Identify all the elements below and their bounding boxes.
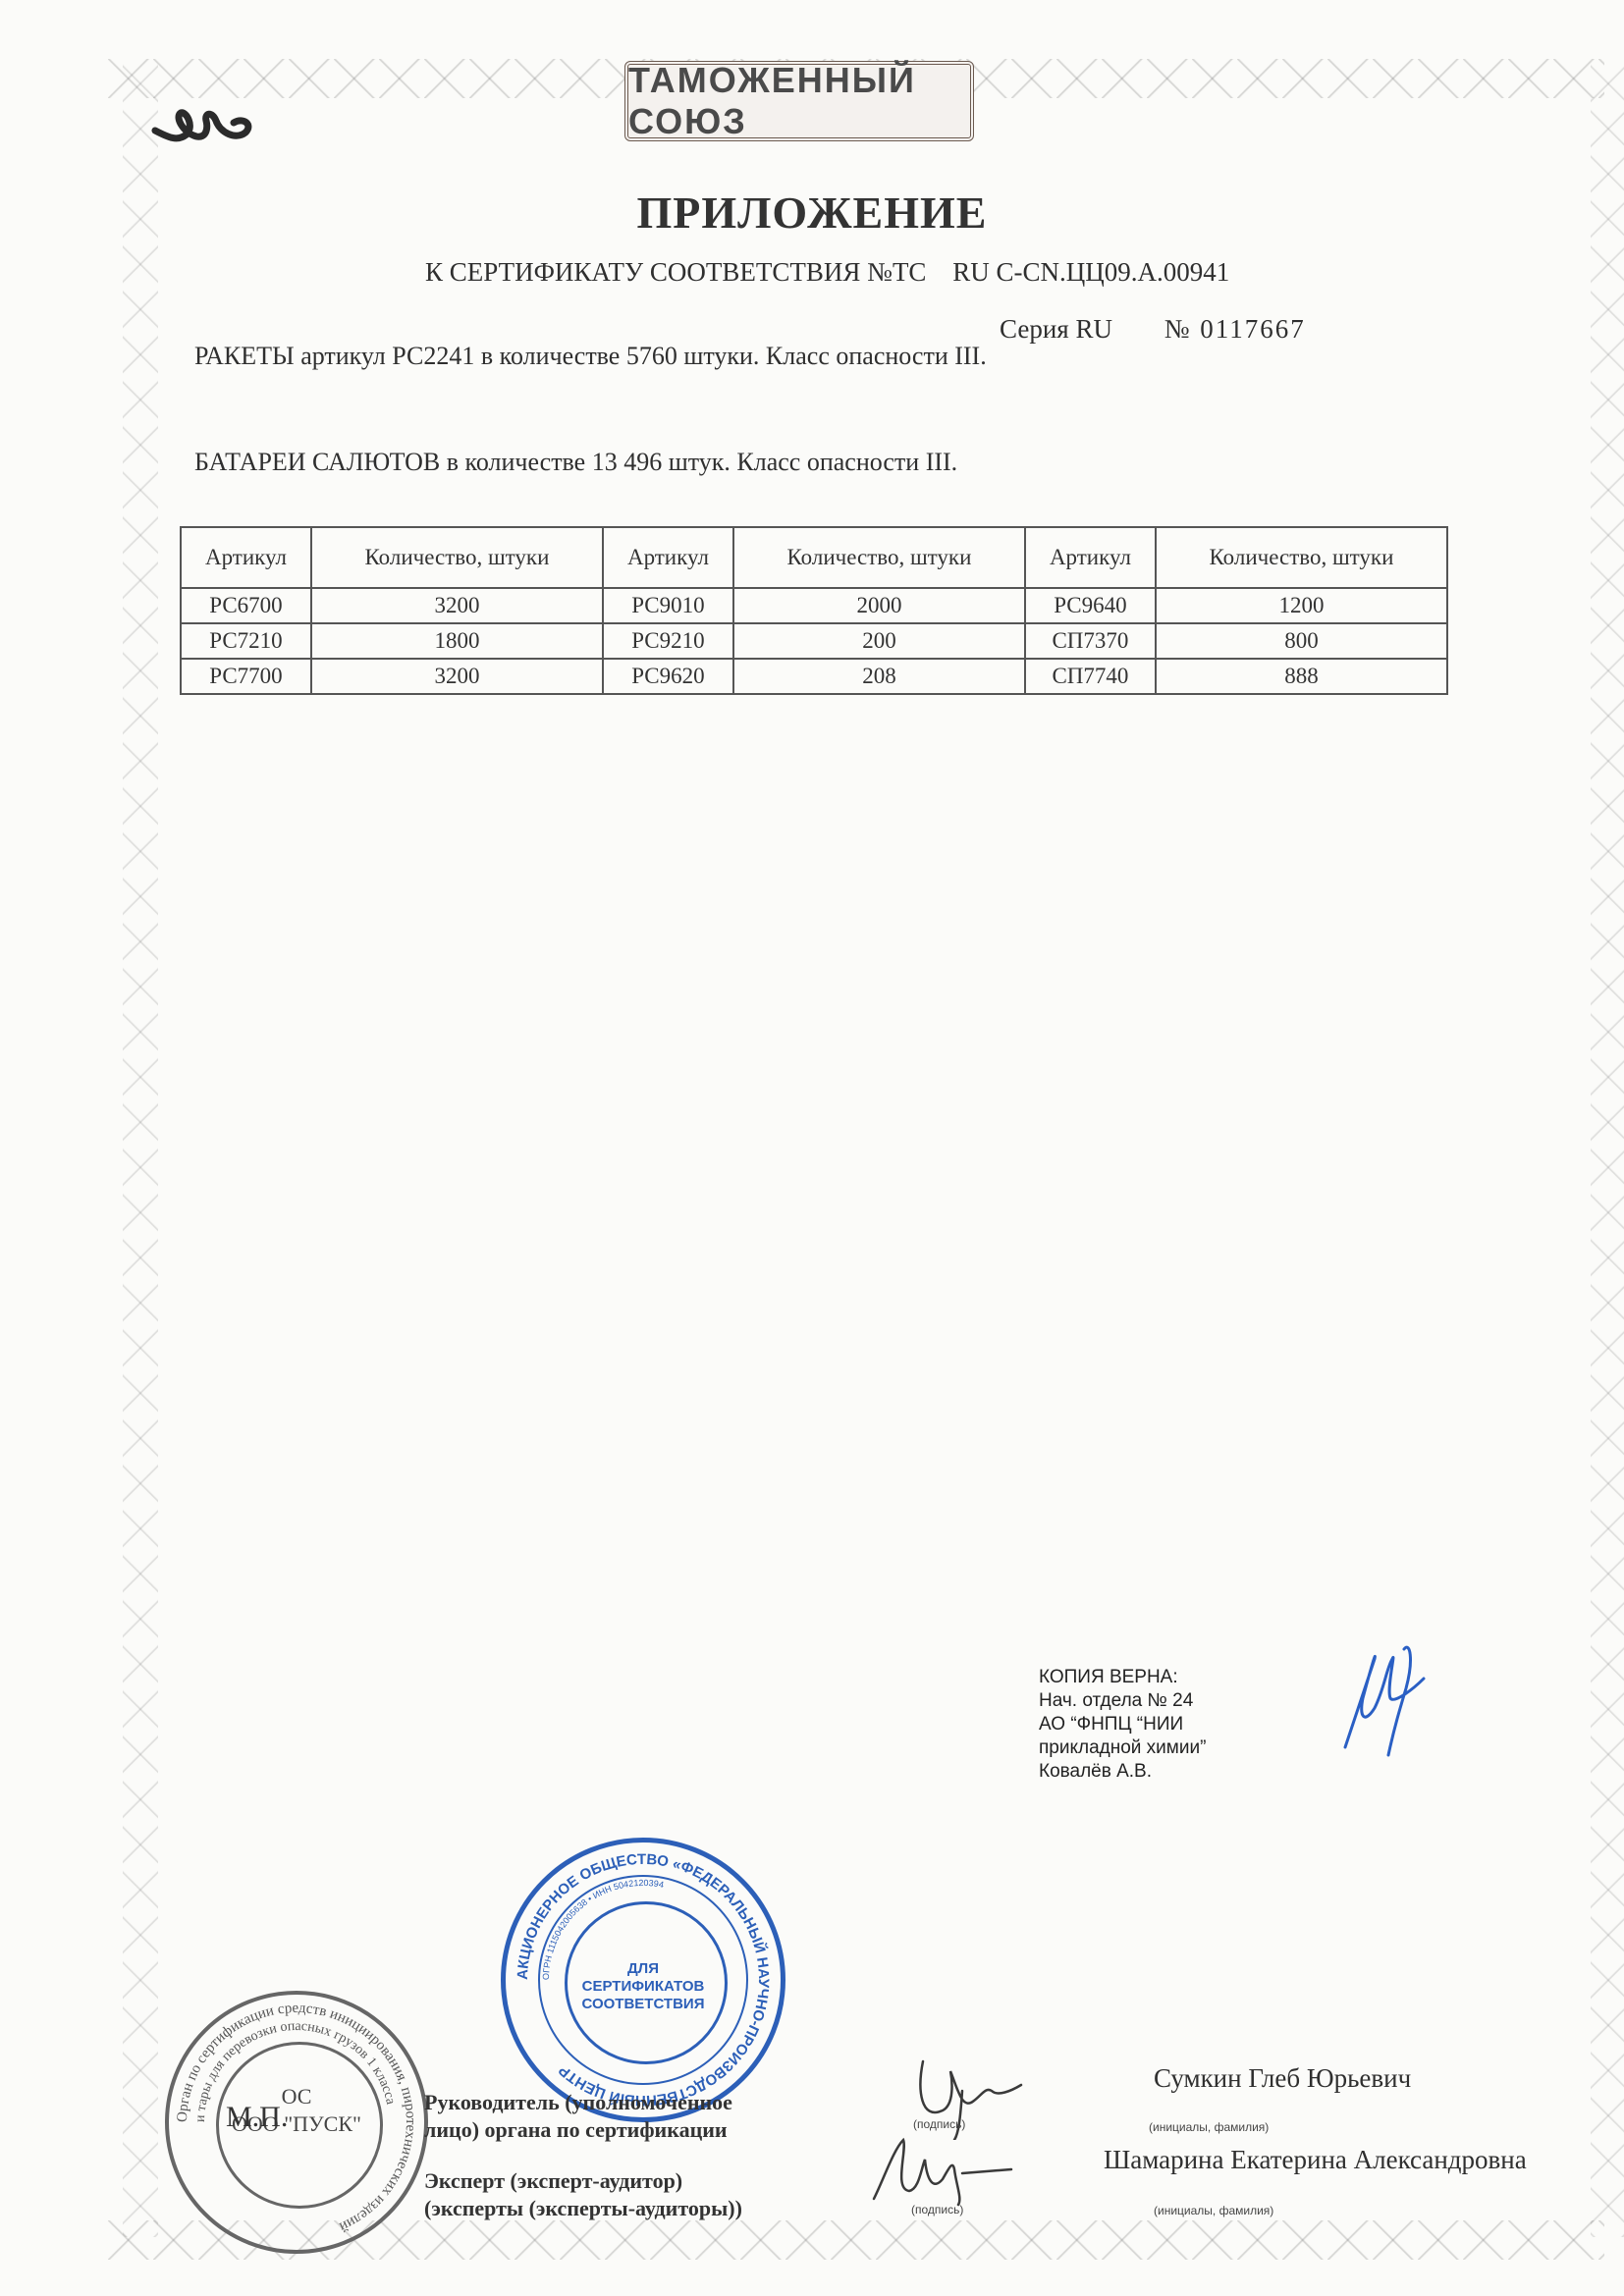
series-line: Серия RU № 0117667 <box>1000 314 1306 345</box>
copy-line: КОПИЯ ВЕРНА: <box>1039 1666 1206 1689</box>
customs-union-banner: ТАМОЖЕННЫЙ СОЮЗ <box>624 61 974 141</box>
table-cell: СП7370 <box>1025 623 1156 659</box>
articles-table: Артикул Количество, штуки Артикул Количе… <box>180 526 1448 695</box>
table-cell: СП7740 <box>1025 659 1156 694</box>
table-cell: 800 <box>1156 623 1447 659</box>
stamp-line: СООТВЕТСТВИЯ <box>506 1996 781 2013</box>
stamp-line: ООО "ПУСК" <box>169 2110 424 2138</box>
header-article-2: Артикул <box>603 527 733 588</box>
table-row: РС6700 3200 РС9010 2000 РС9640 1200 <box>181 588 1447 623</box>
role-line: Эксперт (эксперт-аудитор) <box>424 2167 742 2195</box>
certificate-number: RU C-CN.ЦЦ09.А.00941 <box>952 257 1229 287</box>
table-cell: РС9640 <box>1025 588 1156 623</box>
stamp-center-text: ОС ООО "ПУСК" <box>169 2083 424 2138</box>
signature-label: (подпись) <box>913 2117 965 2131</box>
table-cell: 2000 <box>733 588 1025 623</box>
table-cell: 1200 <box>1156 588 1447 623</box>
role-line: Руководитель (уполномоченное <box>424 2089 732 2116</box>
stamp-line: ДЛЯ <box>506 1960 781 1978</box>
decorative-border-right <box>1591 59 1624 2237</box>
header-quantity-2: Количество, штуки <box>733 527 1025 588</box>
table-cell: РС9010 <box>603 588 733 623</box>
certification-body-stamp: Орган по сертификации средств инициирова… <box>165 1991 428 2254</box>
role-line: лицо) органа по сертификации <box>424 2116 732 2144</box>
table-row: РС7700 3200 РС9620 208 СП7740 888 <box>181 659 1447 694</box>
expert-signature-icon <box>864 2130 1021 2209</box>
stamp-center-text: ДЛЯ СЕРТИФИКАТОВ СООТВЕТСТВИЯ <box>506 1960 781 2013</box>
series-number: № 0117667 <box>1164 314 1306 344</box>
table-cell: 888 <box>1156 659 1447 694</box>
copy-line: прикладной химии” <box>1039 1736 1206 1760</box>
rockets-line: РАКЕТЫ артикул РС2241 в количестве 5760 … <box>194 342 987 371</box>
table-cell: РС9620 <box>603 659 733 694</box>
institute-stamp: АКЦИОНЕРНОЕ ОБЩЕСТВО «ФЕДЕРАЛЬНЫЙ НАУЧНО… <box>501 1838 785 2122</box>
table-cell: 3200 <box>311 588 603 623</box>
table-cell: РС7210 <box>181 623 311 659</box>
stamp-line: СЕРТИФИКАТОВ <box>506 1978 781 1996</box>
expert-name: Шамарина Екатерина Александровна <box>1104 2145 1527 2175</box>
header-quantity-1: Количество, штуки <box>311 527 603 588</box>
initials-label: (инициалы, фамилия) <box>1154 2204 1273 2217</box>
expert-role-label: Эксперт (эксперт-аудитор) (эксперты (экс… <box>424 2167 742 2222</box>
table-cell: 208 <box>733 659 1025 694</box>
table-cell: РС9210 <box>603 623 733 659</box>
page-title: ПРИЛОЖЕНИЕ <box>0 187 1624 239</box>
signature-label: (подпись) <box>911 2203 963 2216</box>
certificate-reference: К СЕРТИФИКАТУ СООТВЕТСТВИЯ №ТС RU C-CN.Ц… <box>425 257 1229 288</box>
stamp-line: ОС <box>169 2083 424 2110</box>
head-name: Сумкин Глеб Юрьевич <box>1154 2063 1411 2094</box>
copy-line: АО “ФНПЦ “НИИ <box>1039 1713 1206 1736</box>
head-role-label: Руководитель (уполномоченное лицо) орган… <box>424 2089 732 2144</box>
table-cell: 200 <box>733 623 1025 659</box>
table-cell: 1800 <box>311 623 603 659</box>
header-quantity-3: Количество, штуки <box>1156 527 1447 588</box>
copy-line: Нач. отдела № 24 <box>1039 1689 1206 1713</box>
copy-line: Ковалёв А.В. <box>1039 1760 1206 1784</box>
handwritten-mark-icon <box>147 93 265 152</box>
header-article-1: Артикул <box>181 527 311 588</box>
copy-signature-icon <box>1316 1629 1453 1767</box>
table-header-row: Артикул Количество, штуки Артикул Количе… <box>181 527 1447 588</box>
header-article-3: Артикул <box>1025 527 1156 588</box>
role-line: (эксперты (эксперты-аудиторы)) <box>424 2195 742 2222</box>
table-cell: 3200 <box>311 659 603 694</box>
decorative-border-left <box>123 59 158 2237</box>
table-row: РС7210 1800 РС9210 200 СП7370 800 <box>181 623 1447 659</box>
copy-certification-note: КОПИЯ ВЕРНА: Нач. отдела № 24 АО “ФНПЦ “… <box>1039 1666 1206 1784</box>
seal-place-label: М.П. <box>226 2101 288 2134</box>
certificate-subtitle: К СЕРТИФИКАТУ СООТВЕТСТВИЯ №ТС <box>425 257 926 287</box>
initials-label: (инициалы, фамилия) <box>1149 2120 1269 2134</box>
fireworks-batteries-line: БАТАРЕИ САЛЮТОВ в количестве 13 496 штук… <box>194 448 957 477</box>
table-cell: РС6700 <box>181 588 311 623</box>
series-label: Серия RU <box>1000 314 1112 344</box>
table-cell: РС7700 <box>181 659 311 694</box>
